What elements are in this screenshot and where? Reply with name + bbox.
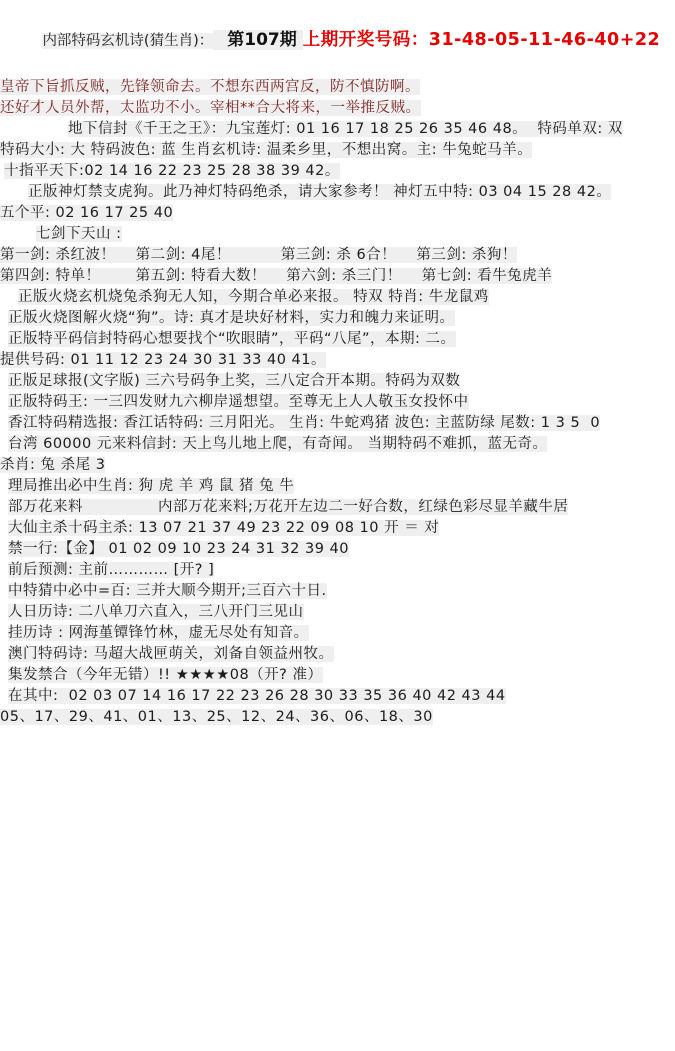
text-line-content: 香江特码精选报: 香江话特码: 三月阳光。 生肖: 牛蛇鸡猪 波色: 主蓝防绿 … <box>8 415 600 431</box>
text-line: 正版火烧图解火烧“狗”。诗: 真才是块好材料，实力和魄力来证明。 <box>0 308 675 329</box>
text-line: 提供号码: 01 11 12 23 24 30 31 33 40 41。 <box>0 350 675 371</box>
text-line: 还好才人员外帮，太监功不小。宰相**合大将来，一举推反贼。 <box>0 98 675 119</box>
text-line-content: 皇帝下旨抓反贼，先锋领命去。不想东西两宫反，防不慎防啊。 <box>0 79 420 95</box>
text-line-content: 禁一行:【金】 01 02 09 10 23 24 31 32 39 40 <box>8 541 349 557</box>
text-lines: 皇帝下旨抓反贼，先锋领命去。不想东西两宫反，防不慎防啊。还好才人员外帮，太监功不… <box>0 77 675 728</box>
text-line-content: 中特猜中必中=百: 三并大顺今期开;三百六十日. <box>8 583 327 599</box>
text-line-content: 正版神灯禁支虎狗。此乃神灯特码绝杀，请大家参考！ 神灯五中特: 03 04 15… <box>28 184 611 200</box>
sheet-title: 内部特码玄机诗(猜生肖)： <box>42 33 213 49</box>
text-line-content: 杀肖: 兔 杀尾 3 <box>0 457 105 473</box>
text-line: 七剑下天山 : <box>0 224 675 245</box>
text-line: 五个平: 02 16 17 25 40 <box>0 203 675 224</box>
text-line: 正版足球报(文字版) 三六号码争上奖，三八定合开本期。特码为双数 <box>0 371 675 392</box>
text-line: 禁一行:【金】 01 02 09 10 23 24 31 32 39 40 <box>0 539 675 560</box>
text-line-content: 正版火烧图解火烧“狗”。诗: 真才是块好材料，实力和魄力来证明。 <box>8 310 455 326</box>
text-line-content: 提供号码: 01 11 12 23 24 30 31 33 40 41。 <box>0 352 326 368</box>
text-line-content: 部万花来料 内部万花来料;万花开左边二一好合数，红绿色彩尽显羊藏牛居 <box>8 499 568 515</box>
text-line: 十指平天下:02 14 16 22 23 25 28 38 39 42。 <box>0 161 675 182</box>
text-line-content: 正版特码王: 一三四发财九六柳岸遥想望。至尊无上人人敬玉女投怀中 <box>8 394 469 410</box>
text-line: 挂历诗 : 网海堇镡锋竹林，虚无尽处有知音。 <box>0 623 675 644</box>
text-line: 地下信封《千王之王》：九宝莲灯: 01 16 17 18 25 26 35 46… <box>0 119 675 140</box>
text-line: 大仙主杀十码主杀: 13 07 21 37 49 23 22 09 08 10 … <box>0 518 675 539</box>
text-line: 05、17、29、41、01、13、25、12、24、36、06、18、30 <box>0 707 675 728</box>
text-line-content: 台湾 60000 元来料信封: 天上鸟儿地上爬，有奇闻。 当期特码不难抓，蓝无奇… <box>8 436 547 452</box>
text-line-content: 澳门特码诗: 马超大战匣萌关，刘备自领益州牧。 <box>8 646 334 662</box>
text-line: 中特猜中必中=百: 三并大顺今期开;三百六十日. <box>0 581 675 602</box>
text-line: 集发禁合（今年无错）!! ★★★★08（开? 准） <box>0 665 675 686</box>
lottery-tip-sheet: 内部特码玄机诗(猜生肖)：第107期上期开奖号码：31-48-05-11-46-… <box>0 0 675 728</box>
text-line: 特码大小: 大 特码波色: 蓝 生肖玄机诗: 温柔乡里，不想出窝。主: 牛兔蛇马… <box>0 140 675 161</box>
text-line: 前后预测: 主前………… [开? ] <box>0 560 675 581</box>
text-line-content: 前后预测: 主前………… [开? ] <box>8 562 214 578</box>
text-line-content: 挂历诗 : 网海堇镡锋竹林，虚无尽处有知音。 <box>8 625 309 641</box>
text-line-content: 地下信封《千王之王》：九宝莲灯: 01 16 17 18 25 26 35 46… <box>68 121 623 137</box>
text-line: 正版特平码信封特码心想要找个“吹眼睛”，平码“八尾”，本期: 二。 <box>0 329 675 350</box>
text-line-content: 理局推出必中生肖: 狗 虎 羊 鸡 鼠 猪 兔 牛 <box>8 478 294 494</box>
text-line: 正版火烧玄机烧兔杀狗无人知，今期合单必来报。 特双 特肖: 牛龙鼠鸡 <box>0 287 675 308</box>
text-line: 第四剑: 特单！ 第五剑: 特看大数！ 第六剑: 杀三门！ 第七剑: 看牛兔虎羊 <box>0 266 675 287</box>
text-line-content: 第一剑: 杀红波！ 第二剑: 4尾！ 第三剑: 杀 6合！ 第三剑: 杀狗！ <box>0 247 517 263</box>
text-line: 正版特码王: 一三四发财九六柳岸遥想望。至尊无上人人敬玉女投怀中 <box>0 392 675 413</box>
text-line: 澳门特码诗: 马超大战匣萌关，刘备自领益州牧。 <box>0 644 675 665</box>
text-line: 理局推出必中生肖: 狗 虎 羊 鸡 鼠 猪 兔 牛 <box>0 476 675 497</box>
text-line-content: 大仙主杀十码主杀: 13 07 21 37 49 23 22 09 08 10 … <box>8 520 439 536</box>
text-line-content: 第四剑: 特单！ 第五剑: 特看大数！ 第六剑: 杀三门！ 第七剑: 看牛兔虎羊 <box>0 268 552 284</box>
text-line-content: 正版火烧玄机烧兔杀狗无人知，今期合单必来报。 特双 特肖: 牛龙鼠鸡 <box>18 289 489 305</box>
last-draw-numbers: 上期开奖号码：31-48-05-11-46-40+22 <box>303 30 660 50</box>
issue-number: 第107期 <box>213 30 303 50</box>
text-line-content: 正版足球报(文字版) 三六号码争上奖，三八定合开本期。特码为双数 <box>8 373 460 389</box>
text-line-content: 七剑下天山 : <box>36 226 122 242</box>
text-line-content: 集发禁合（今年无错）!! ★★★★08（开? 准） <box>8 667 323 683</box>
text-line: 人日历诗: 二八单刀六直入，三八开门三见山 <box>0 602 675 623</box>
text-line-content: 五个平: 02 16 17 25 40 <box>0 205 173 221</box>
text-line: 正版神灯禁支虎狗。此乃神灯特码绝杀，请大家参考！ 神灯五中特: 03 04 15… <box>0 182 675 203</box>
text-line: 第一剑: 杀红波！ 第二剑: 4尾！ 第三剑: 杀 6合！ 第三剑: 杀狗！ <box>0 245 675 266</box>
text-line-content: 人日历诗: 二八单刀六直入，三八开门三见山 <box>8 604 304 620</box>
text-line: 香江特码精选报: 香江话特码: 三月阳光。 生肖: 牛蛇鸡猪 波色: 主蓝防绿 … <box>0 413 675 434</box>
text-line-content: 正版特平码信封特码心想要找个“吹眼睛”，平码“八尾”，本期: 二。 <box>8 331 456 347</box>
text-line-content: 05、17、29、41、01、13、25、12、24、36、06、18、30 <box>0 709 433 725</box>
text-line-content: 还好才人员外帮，太监功不小。宰相**合大将来，一举推反贼。 <box>0 100 421 116</box>
text-line-content: 在其中: 02 03 07 14 16 17 22 23 26 28 30 33… <box>8 688 506 704</box>
text-line: 台湾 60000 元来料信封: 天上鸟儿地上爬，有奇闻。 当期特码不难抓，蓝无奇… <box>0 434 675 455</box>
text-line: 杀肖: 兔 杀尾 3 <box>0 455 675 476</box>
text-line-content: 十指平天下:02 14 16 22 23 25 28 38 39 42。 <box>4 163 340 179</box>
text-line-content: 特码大小: 大 特码波色: 蓝 生肖玄机诗: 温柔乡里，不想出窝。主: 牛兔蛇马… <box>0 142 532 158</box>
text-line: 部万花来料 内部万花来料;万花开左边二一好合数，红绿色彩尽显羊藏牛居 <box>0 497 675 518</box>
sheet-header: 内部特码玄机诗(猜生肖)：第107期上期开奖号码：31-48-05-11-46-… <box>0 4 675 77</box>
text-line: 在其中: 02 03 07 14 16 17 22 23 26 28 30 33… <box>0 686 675 707</box>
text-line: 皇帝下旨抓反贼，先锋领命去。不想东西两宫反，防不慎防啊。 <box>0 77 675 98</box>
